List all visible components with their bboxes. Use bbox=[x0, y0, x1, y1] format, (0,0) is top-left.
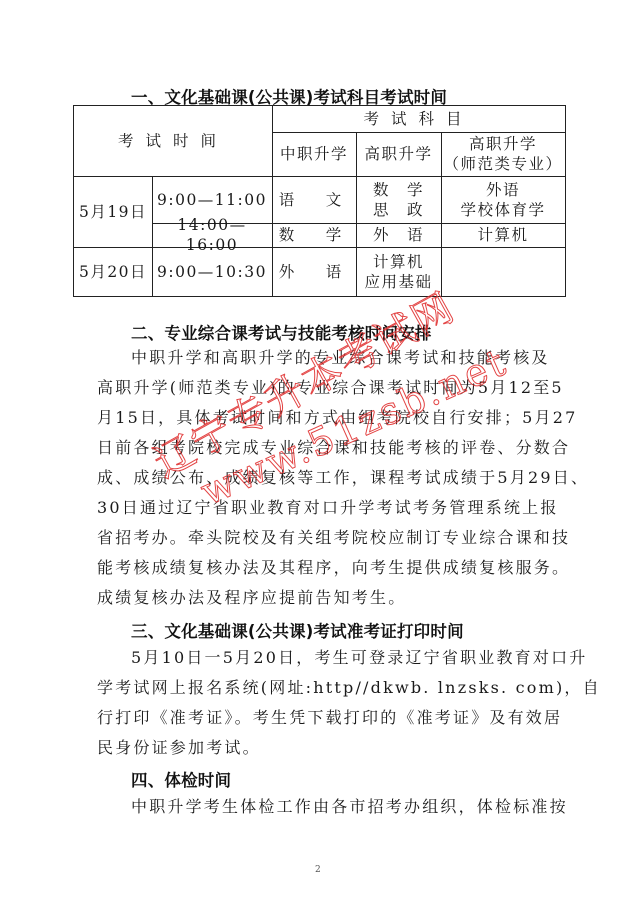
header-shifan-line1: 高职升学 bbox=[469, 134, 537, 154]
paragraph-line: 学考试网上报名系统(网址:http//dkwb. lnzsks. com)，自 bbox=[97, 678, 582, 698]
time-label: 9:00—11:00 bbox=[157, 190, 267, 210]
section-3-heading: 三、文化基础课(公共课)考试准考证打印时间 bbox=[131, 618, 464, 642]
paragraph-line: 省招考办。牵头院校及有关组考院校应制订专业综合课和技 bbox=[97, 528, 582, 548]
paragraph-line: 行打印《准考证》。考生凭下载打印的《准考证》及有效居 bbox=[97, 708, 582, 728]
header-gaozhi-shifan: 高职升学 （师范类专业） bbox=[441, 132, 565, 176]
subject-label: 应用基础 bbox=[364, 272, 432, 292]
date-cell: 5月20日 bbox=[74, 247, 152, 296]
paragraph-line: 能考核成绩复核办法及其程序，向考生提供成绩复核服务。 bbox=[97, 558, 582, 578]
time-cell: 14:00—16:00 bbox=[152, 223, 272, 247]
header-exam-subjects-label: 考试科目 bbox=[363, 109, 473, 129]
shifan-subject-cell: 计算机 bbox=[441, 223, 565, 247]
header-exam-time-label: 考试时间 bbox=[118, 131, 228, 151]
time-label: 9:00—10:30 bbox=[157, 262, 267, 282]
section-2-heading: 二、专业综合课考试与技能考核时间安排 bbox=[131, 320, 432, 344]
time-cell: 9:00—10:30 bbox=[152, 247, 272, 296]
subject-label: 外 语 bbox=[279, 262, 350, 282]
gaozhi-subject-cell: 计算机 应用基础 bbox=[356, 247, 441, 296]
subject-label: 外 语 bbox=[373, 225, 424, 245]
paragraph-line: 民身份证参加考试。 bbox=[97, 738, 582, 758]
date-label: 5月20日 bbox=[79, 262, 147, 282]
exam-schedule-table: 考试时间 考试科目 中职升学 高职升学 高职升学 （师范类专业） 5月19日 9… bbox=[73, 105, 566, 297]
zhongzhi-subject-cell: 外 语 bbox=[272, 247, 356, 296]
subject-label: 外语 bbox=[486, 180, 520, 200]
subject-label: 计算机 bbox=[373, 252, 424, 272]
gaozhi-subject-cell: 外 语 bbox=[356, 223, 441, 247]
header-gaozhi: 高职升学 bbox=[356, 132, 441, 176]
header-zhongzhi: 中职升学 bbox=[272, 132, 356, 176]
date-label: 5月19日 bbox=[79, 202, 147, 222]
paragraph-line: 日前各组考院校完成专业综合课和技能考核的评卷、分数合 bbox=[97, 438, 582, 458]
shifan-subject-cell-empty bbox=[441, 247, 565, 296]
paragraph-line: 中职升学和高职升学的专业综合课考试和技能考核及 bbox=[131, 348, 616, 368]
header-gaozhi-label: 高职升学 bbox=[364, 144, 432, 164]
paragraph-line: 中职升学考生体检工作由各市招考办组织，体检标准按 bbox=[131, 797, 616, 817]
subject-label: 数 学 bbox=[279, 225, 350, 245]
header-exam-time: 考试时间 bbox=[74, 106, 272, 176]
paragraph-line: 成、成绩公布、成绩复核等工作，课程考试成绩于5月29日、 bbox=[97, 468, 582, 488]
section-4-heading: 四、体检时间 bbox=[131, 767, 231, 791]
subject-label: 学校体育学 bbox=[460, 200, 545, 220]
subject-label: 思 政 bbox=[373, 200, 424, 220]
date-cell: 5月19日 bbox=[74, 176, 152, 247]
paragraph-line: 月15日，具体考试时间和方式由组考院校自行安排；5月27 bbox=[97, 408, 582, 428]
shifan-subject-cell: 外语 学校体育学 bbox=[441, 176, 565, 223]
paragraph-line: 30日通过辽宁省职业教育对口升学考试考务管理系统上报 bbox=[97, 498, 582, 518]
zhongzhi-subject-cell: 数 学 bbox=[272, 223, 356, 247]
subject-label: 数 学 bbox=[373, 180, 424, 200]
header-shifan-line2: （师范类专业） bbox=[443, 154, 562, 174]
subject-label: 计算机 bbox=[477, 225, 528, 245]
page-number: 2 bbox=[315, 865, 321, 875]
header-exam-subjects: 考试科目 bbox=[272, 106, 565, 132]
paragraph-line: 成绩复核办法及程序应提前告知考生。 bbox=[97, 588, 582, 608]
zhongzhi-subject-cell: 语 文 bbox=[272, 176, 356, 223]
paragraph-line: 高职升学(师范类专业)的专业综合课考试时间为5月12至5 bbox=[97, 378, 582, 398]
gaozhi-subject-cell: 数 学 思 政 bbox=[356, 176, 441, 223]
paragraph-line: 5月10日一5月20日，考生可登录辽宁省职业教育对口升 bbox=[131, 648, 616, 668]
document-page: 一、文化基础课(公共课)考试科目考试时间 考试时间 考试科目 中职升学 高职升学 bbox=[0, 0, 640, 906]
subject-label: 语 文 bbox=[279, 190, 350, 210]
header-zhongzhi-label: 中职升学 bbox=[280, 144, 348, 164]
